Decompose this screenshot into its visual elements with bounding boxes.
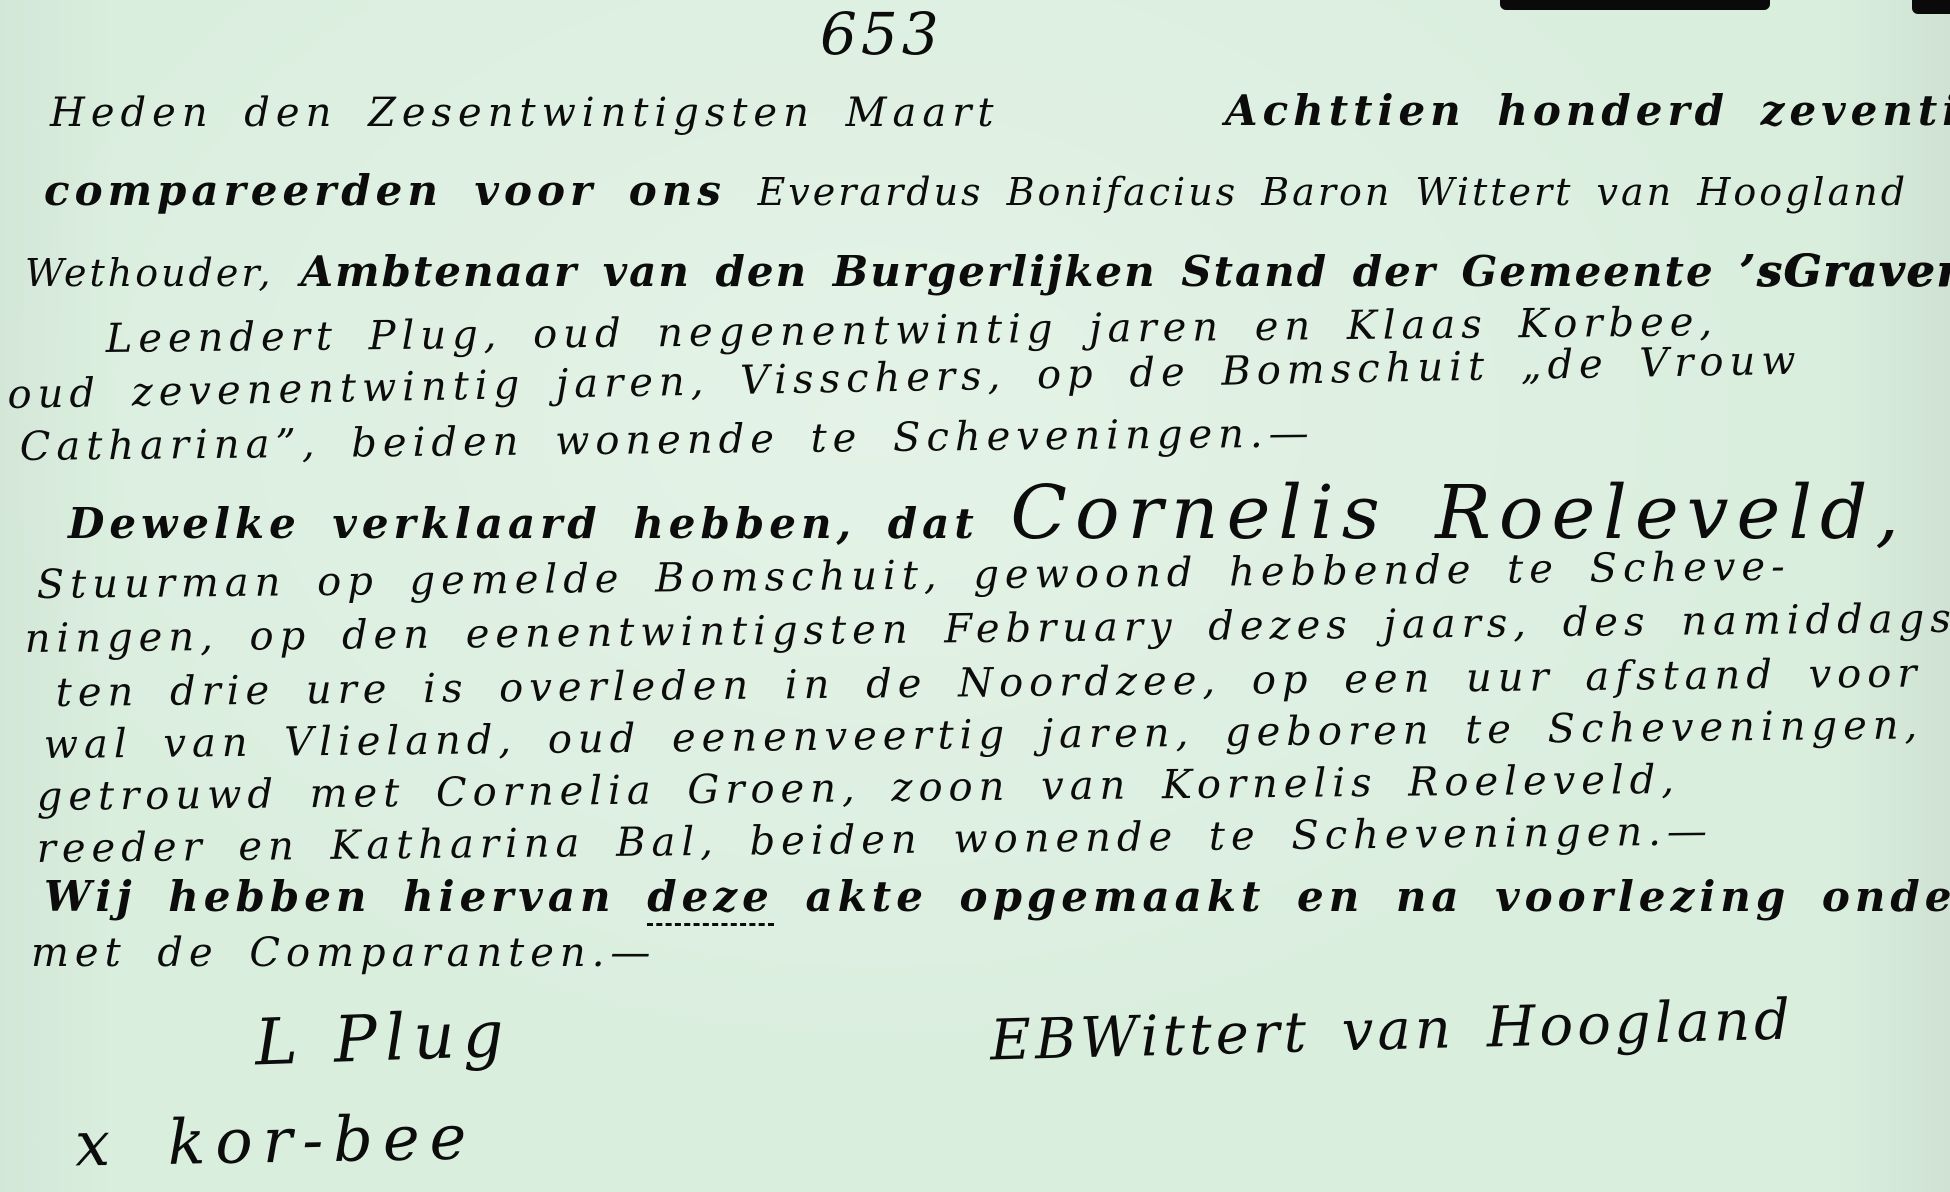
body-line-9: ningen, op den eenentwintigsten February… — [25, 596, 1950, 662]
municipality-name-text: ’sGravenhage, — [1739, 246, 1950, 297]
line-3-hand-text: Wethouder, — [25, 251, 301, 295]
body-line-7: Dewelke verklaard hebben, dat Cornelis R… — [68, 470, 1907, 556]
ship-name-text: Catharina”, beiden wonende te Schevening… — [20, 410, 1315, 470]
registrar-name-text: Everardus Bonifacius Baron Wittert van H… — [758, 170, 1908, 214]
body-line-14: Wij hebben hiervan deze akte opgemaakt e… — [44, 872, 1950, 921]
body-line-2: compareerden voor ons Everardus Bonifaci… — [44, 166, 1908, 215]
scan-crop-artifact — [1500, 0, 1770, 10]
line-1-date-text: Heden den Zesentwintigsten Maart — [50, 90, 999, 136]
scan-crop-artifact — [1912, 0, 1950, 14]
body-line-15: met de Comparanten.— — [31, 930, 656, 976]
line-3-form-text: Ambtenaar van den Burgerlijken Stand der… — [301, 247, 1740, 296]
closing-formula-underlined-text: deze — [647, 872, 774, 926]
parents-residence-text: reeder en Katharina Bal, beiden wonende … — [37, 808, 1714, 872]
body-line-1-right: Achttien honderd zeventig, — [1225, 86, 1950, 135]
signature-leendert-plug: L Plug — [254, 998, 513, 1081]
signature-klaas-korbee: x kor-bee — [74, 1101, 476, 1181]
closing-formula-text-2: akte opgemaakt en na voorlezing ondertee… — [774, 872, 1950, 921]
body-line-3: Wethouder, Ambtenaar van den Burgerlijke… — [25, 246, 1950, 297]
line-2-form-text: compareerden voor ons — [44, 166, 758, 215]
declaration-formula-text: Dewelke verklaard hebben, dat — [68, 499, 1010, 548]
closing-formula-text: Wij hebben hiervan — [44, 872, 647, 921]
document-page: 653 Heden den Zesentwintigsten Maart Ach… — [0, 0, 1950, 1192]
comparanten-text: met de Comparanten.— — [31, 930, 656, 976]
death-date-text: ningen, op den eenentwintigsten February… — [25, 596, 1950, 662]
signature-registrar-wittert-van-hoogland: EBWittert van Hoogland — [989, 987, 1794, 1073]
act-number: 653 — [820, 0, 943, 68]
body-line-6: Catharina”, beiden wonende te Schevening… — [20, 410, 1315, 470]
body-line-1-left: Heden den Zesentwintigsten Maart — [50, 90, 999, 136]
line-1-year-text: Achttien honderd zeventig, — [1225, 86, 1950, 135]
body-line-13: reeder en Katharina Bal, beiden wonende … — [37, 808, 1714, 872]
